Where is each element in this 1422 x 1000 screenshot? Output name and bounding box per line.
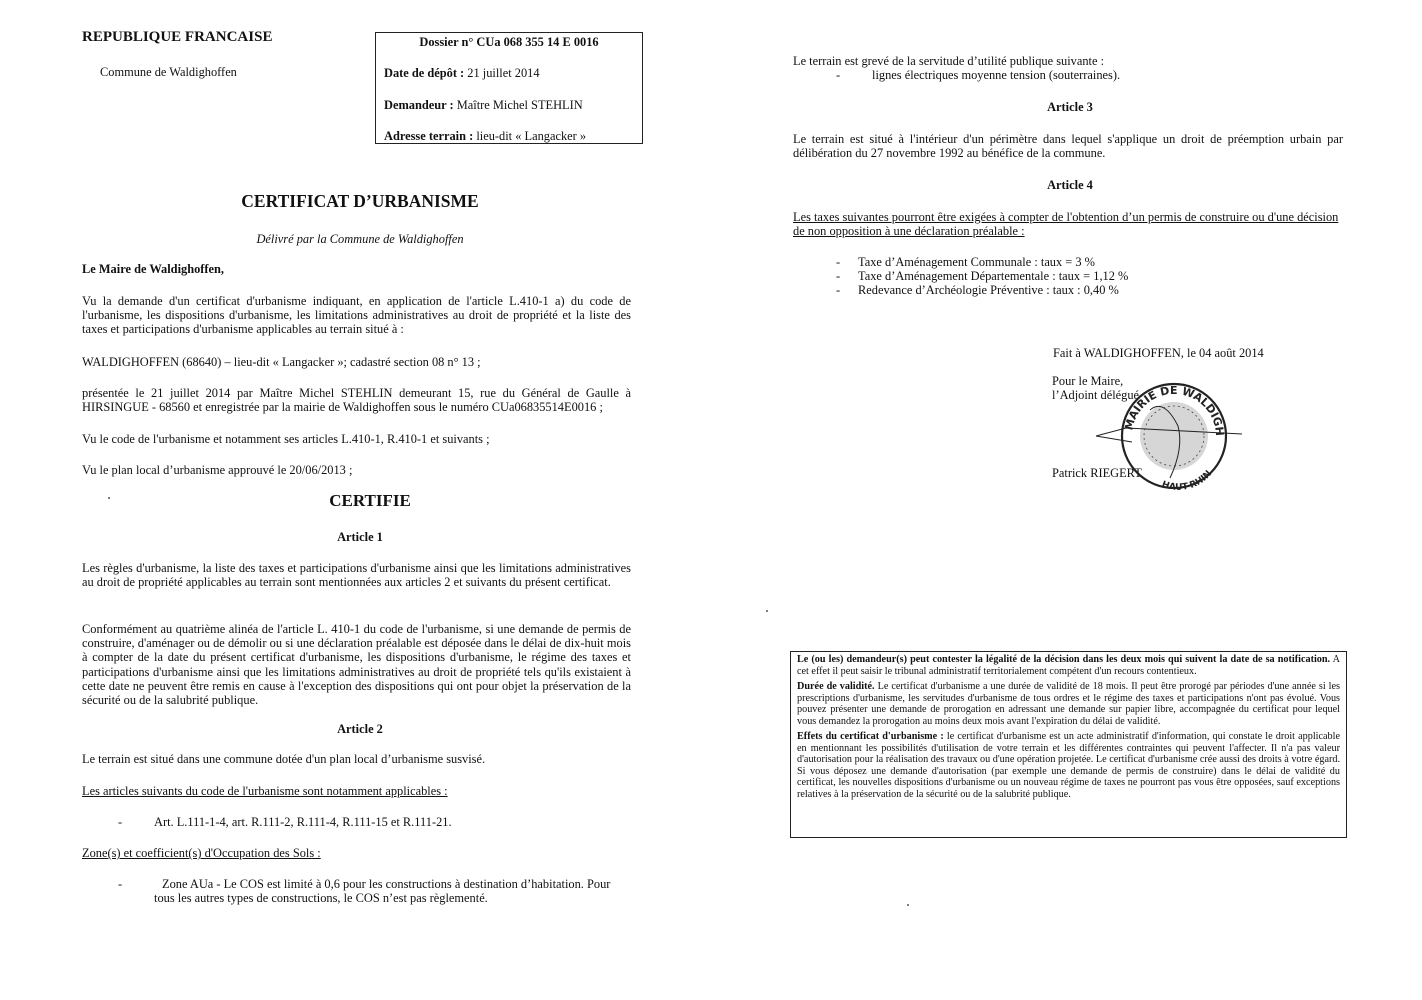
tax-item: -Redevance d’Archéologie Préventive : ta… [836,283,1128,297]
recours-bold: Le (ou les) demandeur(s) peut contester … [797,654,1330,665]
article-3-title: Article 3 [790,100,1350,114]
servitude-item: -lignes électriques moyenne tension (sou… [836,68,1120,82]
commune-name: Commune de Waldighoffen [100,65,237,79]
bullet-dash: - [836,269,858,283]
zones-heading: Zone(s) et coefficient(s) d'Occupation d… [82,846,321,860]
adresse-terrain: Adresse terrain : lieu-dit « Langacker » [384,129,586,143]
demandeur: Demandeur : Maître Michel STEHLIN [384,98,583,112]
tax-text: Redevance d’Archéologie Préventive : tau… [858,283,1119,297]
republic-heading: REPUBLIQUE FRANCAISE [82,30,272,44]
terrain-location: WALDIGHOFFEN (68640) – lieu-dit « Langac… [82,355,481,369]
bullet-dash: - [836,68,872,82]
adresse-label: Adresse terrain : [384,129,473,143]
validite-notice: Durée de validité. Le certificat d'urban… [797,681,1340,727]
applicable-articles-text: Art. L.111-1-4, art. R.111-2, R.111-4, R… [154,815,452,829]
dossier-number: Dossier n° CUa 068 355 14 E 0016 [376,35,642,49]
zone-item: - Zone AUa - Le COS est limité à 0,6 pou… [118,877,628,905]
tax-text: Taxe d’Aménagement Départementale : taux… [858,269,1128,283]
article-3-paragraph: Le terrain est situé à l'intérieur d'un … [793,132,1343,160]
effets-bold: Effets du certificat d'urbanisme : [797,731,944,742]
bullet-dash: - [836,255,858,269]
tax-text: Taxe d’Aménagement Communale : taux = 3 … [858,255,1095,269]
article-1-title: Article 1 [80,530,640,544]
zone-text: Zone AUa - Le COS est limité à 0,6 pour … [154,877,628,905]
dossier-info-box: Dossier n° CUa 068 355 14 E 0016 Date de… [375,32,643,144]
bullet-dash: - [836,283,858,297]
svg-text:HAUT-RHIN: HAUT-RHIN [1160,469,1214,493]
effets-notice: Effets du certificat d'urbanisme : le ce… [797,731,1340,800]
article-4-title: Article 4 [790,178,1350,192]
article-1-paragraph-1: Les règles d'urbanisme, la liste des tax… [82,561,631,589]
vu-plan-paragraph: Vu le plan local d’urbanisme approuvé le… [82,463,352,477]
recours-notice: Le (ou les) demandeur(s) peut contester … [797,654,1340,677]
applicable-articles-heading: Les articles suivants du code de l'urban… [82,784,448,798]
vu-code-paragraph: Vu le code de l'urbanisme et notamment s… [82,432,490,446]
document-subtitle: Délivré par la Commune de Waldighoffen [80,232,640,246]
article-1-paragraph-2: Conformément au quatrième alinéa de l'ar… [82,622,631,707]
scan-speck [907,904,909,906]
presentee-paragraph: présentée le 21 juillet 2014 par Maître … [82,386,631,414]
legal-notice-box: Le (ou les) demandeur(s) peut contester … [790,651,1347,838]
depot-label: Date de dépôt : [384,66,464,80]
taxes-heading: Les taxes suivantes pourront être exigée… [793,210,1348,238]
bullet-dash: - [118,815,154,829]
depot-value: 21 juillet 2014 [464,66,539,80]
scan-speck [108,497,110,499]
demandeur-label: Demandeur : [384,98,454,112]
signature-place-date: Fait à WALDIGHOFFEN, le 04 août 2014 [1053,346,1264,360]
adresse-value: lieu-dit « Langacker » [473,129,586,143]
demandeur-value: Maître Michel STEHLIN [454,98,583,112]
applicable-articles-item: - Art. L.111-1-4, art. R.111-2, R.111-4,… [118,815,452,829]
stamp-bottom-text: HAUT-RHIN [1160,469,1214,493]
vu-demande-paragraph: Vu la demande d'un certificat d'urbanism… [82,294,631,337]
validite-text: Le certificat d'urbanisme a une durée de… [797,681,1340,727]
validite-bold: Durée de validité. [797,681,875,692]
tax-item: -Taxe d’Aménagement Départementale : tau… [836,269,1128,283]
scan-speck [766,610,768,612]
certifie-heading: CERTIFIE [80,494,660,508]
tax-item: -Taxe d’Aménagement Communale : taux = 3… [836,255,1128,269]
servitude-intro: Le terrain est grevé de la servitude d’u… [793,54,1104,68]
mairie-stamp-icon: MAIRIE DE WALDIGHOFFEN HAUT-RHIN [1092,368,1252,498]
document-title: CERTIFICAT D’URBANISME [80,194,640,208]
taxes-list: -Taxe d’Aménagement Communale : taux = 3… [836,255,1128,298]
maire-heading: Le Maire de Waldighoffen, [82,262,224,276]
bullet-dash: - [118,877,154,905]
article-2-paragraph: Le terrain est situé dans une commune do… [82,752,485,766]
depot-date: Date de dépôt : 21 juillet 2014 [384,66,540,80]
servitude-text: lignes électriques moyenne tension (sout… [872,68,1120,82]
article-2-title: Article 2 [80,722,640,736]
